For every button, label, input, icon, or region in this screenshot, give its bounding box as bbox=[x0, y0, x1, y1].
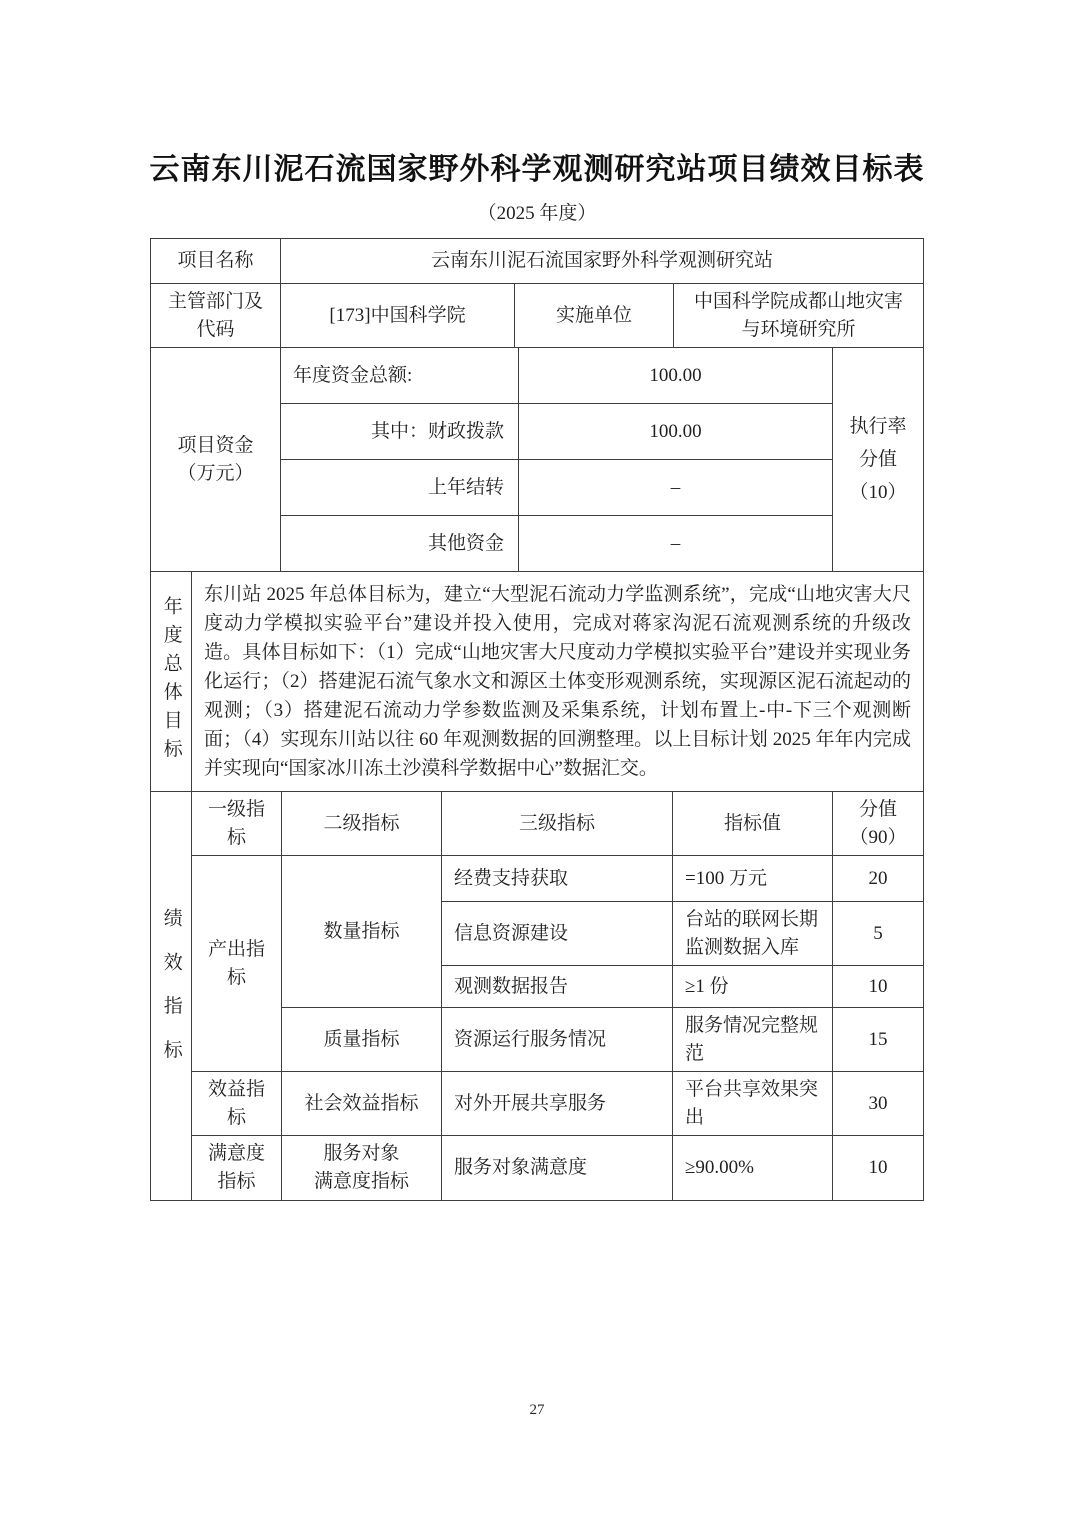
page-number: 27 bbox=[0, 1402, 1074, 1419]
indicator-score: 5 bbox=[833, 902, 924, 966]
project-info-table: 项目名称 云南东川泥石流国家野外科学观测研究站 主管部门及 代码 [173]中国… bbox=[150, 238, 924, 348]
fund-row-label: 上年结转 bbox=[281, 460, 519, 516]
indicator-score: 15 bbox=[833, 1008, 924, 1072]
level1-benefit-cell: 效益指 标 bbox=[192, 1072, 282, 1136]
indicators-table: 绩效指标 一级指 标 二级指标 三级指标 指标值 分值 （90） 产出指 标 数… bbox=[150, 791, 924, 1200]
indicator-value: =100 万元 bbox=[673, 856, 833, 902]
indicator-score: 30 bbox=[833, 1072, 924, 1136]
project-name-label: 项目名称 bbox=[151, 239, 281, 284]
level2-quantity-cell: 数量指标 bbox=[282, 856, 442, 1008]
execution-rate-label: 执行率 分值 （10） bbox=[833, 348, 924, 572]
department-value: [173]中国科学院 bbox=[281, 284, 515, 348]
fund-row-value: 100.00 bbox=[519, 404, 833, 460]
indicator-l3: 信息资源建设 bbox=[442, 902, 673, 966]
fund-row-value: – bbox=[519, 516, 833, 572]
fund-row-label: 年度资金总额: bbox=[281, 348, 519, 404]
department-label: 主管部门及 代码 bbox=[151, 284, 281, 348]
fund-row-label: 其他资金 bbox=[281, 516, 519, 572]
indicator-l3: 经费支持获取 bbox=[442, 856, 673, 902]
indicator-score: 20 bbox=[833, 856, 924, 902]
header-level3: 三级指标 bbox=[442, 792, 673, 856]
level1-satisfaction-cell: 满意度 指标 bbox=[192, 1136, 282, 1200]
page-subtitle: （2025 年度） bbox=[0, 198, 1074, 225]
implement-unit-label: 实施单位 bbox=[515, 284, 674, 348]
indicators-section-label: 绩效指标 bbox=[151, 792, 192, 1200]
indicator-value: 服务情况完整规 范 bbox=[673, 1008, 833, 1072]
annual-goal-section-label: 年度总体目标 bbox=[151, 572, 192, 792]
level2-social-cell: 社会效益指标 bbox=[282, 1072, 442, 1136]
header-value: 指标值 bbox=[673, 792, 833, 856]
indicator-score: 10 bbox=[833, 1136, 924, 1200]
fund-row-value: 100.00 bbox=[519, 348, 833, 404]
header-level1: 一级指 标 bbox=[192, 792, 282, 856]
header-level2: 二级指标 bbox=[282, 792, 442, 856]
funds-table: 项目资金 （万元） 年度资金总额: 100.00 执行率 分值 （10） 其中：… bbox=[150, 347, 924, 572]
indicator-l3: 对外开展共享服务 bbox=[442, 1072, 673, 1136]
header-score: 分值 （90） bbox=[833, 792, 924, 856]
level2-quality-cell: 质量指标 bbox=[282, 1008, 442, 1072]
funds-section-label: 项目资金 （万元） bbox=[151, 348, 281, 572]
level1-output-cell: 产出指 标 bbox=[192, 856, 282, 1072]
project-name-value: 云南东川泥石流国家野外科学观测研究站 bbox=[281, 239, 924, 284]
indicator-l3: 资源运行服务情况 bbox=[442, 1008, 673, 1072]
document-page: 云南东川泥石流国家野外科学观测研究站项目绩效目标表 （2025 年度） 项目名称… bbox=[0, 0, 1074, 1520]
indicator-l3: 服务对象满意度 bbox=[442, 1136, 673, 1200]
page-title: 云南东川泥石流国家野外科学观测研究站项目绩效目标表 bbox=[0, 144, 1074, 188]
fund-row-label: 其中：财政拨款 bbox=[281, 404, 519, 460]
indicator-value: ≥1 份 bbox=[673, 966, 833, 1008]
annual-goal-table: 年度总体目标 东川站 2025 年总体目标为，建立“大型泥石流动力学监测系统”，… bbox=[150, 571, 924, 792]
indicator-value: 台站的联网长期 监测数据入库 bbox=[673, 902, 833, 966]
annual-goal-text: 东川站 2025 年总体目标为，建立“大型泥石流动力学监测系统”，完成“山地灾害… bbox=[192, 572, 924, 792]
indicator-l3: 观测数据报告 bbox=[442, 966, 673, 1008]
fund-row-value: – bbox=[519, 460, 833, 516]
indicator-score: 10 bbox=[833, 966, 924, 1008]
indicator-value: 平台共享效果突 出 bbox=[673, 1072, 833, 1136]
level2-service-cell: 服务对象 满意度指标 bbox=[282, 1136, 442, 1200]
indicator-value: ≥90.00% bbox=[673, 1136, 833, 1200]
target-table: 项目名称 云南东川泥石流国家野外科学观测研究站 主管部门及 代码 [173]中国… bbox=[150, 238, 925, 1201]
implement-unit-value: 中国科学院成都山地灾害 与环境研究所 bbox=[674, 284, 924, 348]
